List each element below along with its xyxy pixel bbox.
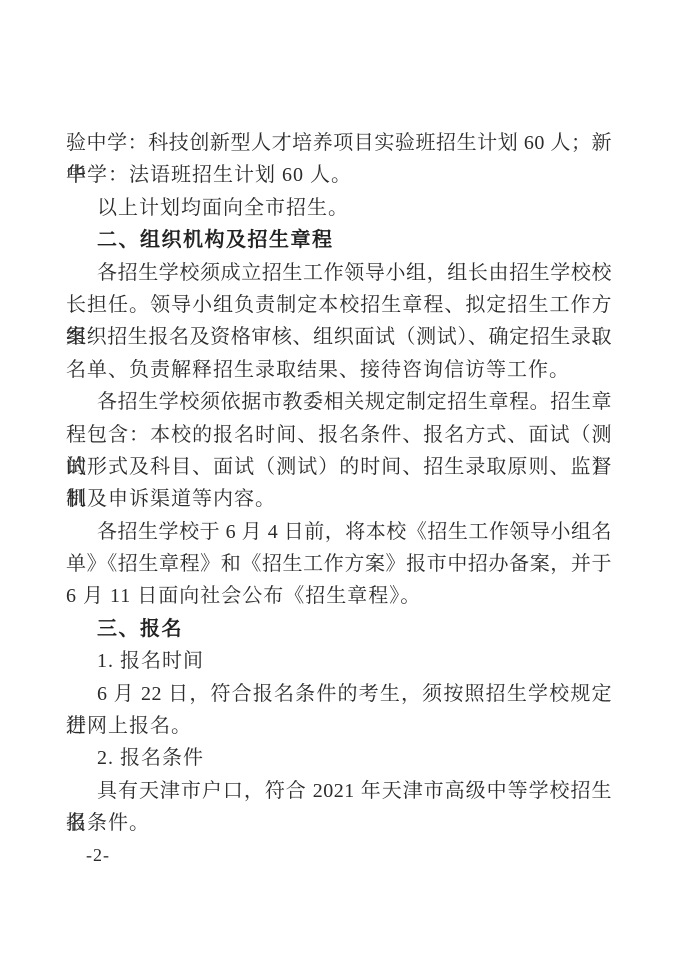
text-line: 名条件。 [66,807,612,839]
text-line: 1. 报名时间 [66,645,612,677]
text-line: 名单、负责解释招生录取结果、接待咨询信访等工作。 [66,354,612,386]
text-line: 6 月 11 日面向社会公布《招生章程》。 [66,580,612,612]
text-line: 行网上报名。 [66,710,612,742]
document-body-text: 验中学：科技创新型人才培养项目实验班招生计划 60 人；新华中学：法语班招生计划… [66,127,612,840]
text-line: 验中学：科技创新型人才培养项目实验班招生计划 60 人；新华 [66,127,612,159]
page-number: -2- [86,845,110,866]
text-line: 制及申诉渠道等内容。 [66,483,612,515]
section-heading: 三、报名 [66,613,612,645]
text-line: 中学：法语班招生计划 60 人。 [66,159,612,191]
text-line: 2. 报名条件 [66,742,612,774]
text-line: 各招生学校须依据市教委相关规定制定招生章程。招生章 [66,386,612,418]
document-page: 验中学：科技创新型人才培养项目实验班招生计划 60 人；新华中学：法语班招生计划… [0,0,677,957]
text-line: 长担任。领导小组负责制定本校招生章程、拟定招生工作方案、 [66,289,612,321]
text-line: 的形式及科目、面试（测试）的时间、招生录取原则、监督机 [66,451,612,483]
text-line: 以上计划均面向全市招生。 [66,192,612,224]
text-line: 程包含：本校的报名时间、报名条件、报名方式、面试（测试） [66,419,612,451]
text-line: 各招生学校于 6 月 4 日前，将本校《招生工作领导小组名 [66,516,612,548]
text-line: 组织招生报名及资格审核、组织面试（测试）、确定招生录取 [66,321,612,353]
text-line: 单》《招生章程》和《招生工作方案》报市中招办备案，并于 [66,548,612,580]
text-line: 各招生学校须成立招生工作领导小组，组长由招生学校校 [66,257,612,289]
text-line: 6 月 22 日，符合报名条件的考生，须按照招生学校规定进 [66,678,612,710]
section-heading: 二、组织机构及招生章程 [66,224,612,256]
text-line: 具有天津市户口，符合 2021 年天津市高级中等学校招生报 [66,775,612,807]
